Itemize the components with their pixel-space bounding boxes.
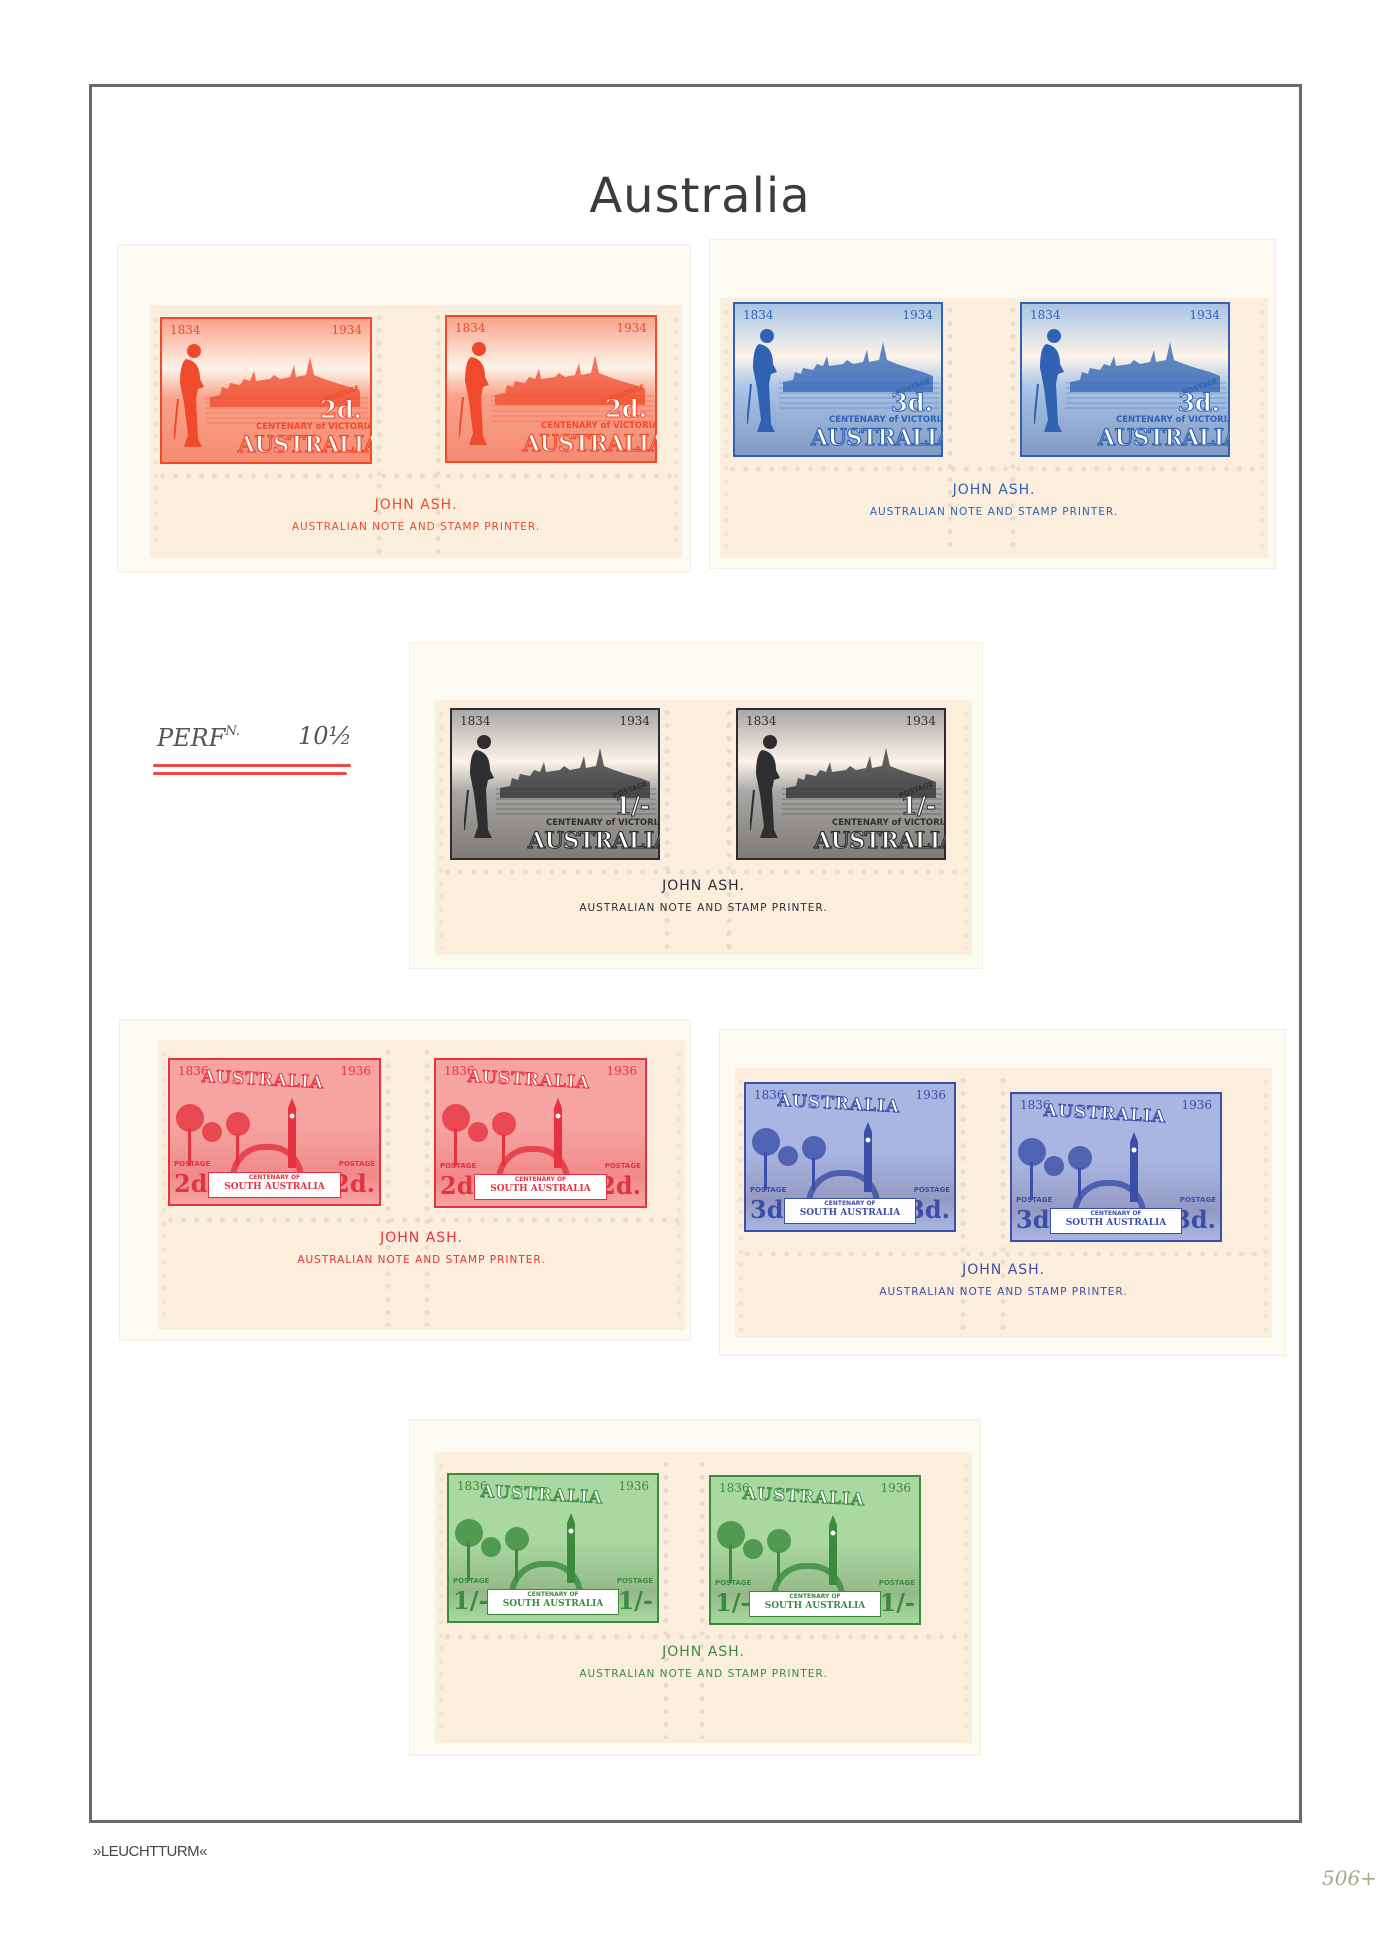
stamp-denomination: 3d. — [891, 388, 933, 417]
stamp-left[interactable]: 18341934POSTAGE1/-CENTENARY of VICTORIAA… — [450, 708, 660, 860]
footer-brand: »LEUCHTTURM« — [93, 1843, 207, 1860]
stamp-country-name: AUSTRALIA — [528, 828, 656, 854]
stamp-year-end: 1936 — [880, 1481, 911, 1495]
imprint-name: JOHN ASH. — [150, 497, 682, 513]
banner-bottom-text: SOUTH AUSTRALIA — [750, 1602, 880, 1611]
stamp-left[interactable]: 18361936AUSTRALIAPOSTAGEPOSTAGE1/-1/-CEN… — [447, 1473, 659, 1623]
imprint-description: AUSTRALIAN NOTE AND STAMP PRINTER. — [158, 1254, 685, 1266]
stamp-right[interactable]: 18341934POSTAGE1/-CENTENARY of VICTORIAA… — [736, 708, 946, 860]
perforation-edge — [435, 1447, 972, 1455]
stamp-denomination: 2d. — [605, 394, 647, 423]
stamp-country-name: AUSTRALIA — [814, 828, 942, 854]
stamp-year-end: 1934 — [905, 714, 936, 728]
gutter-perforations — [663, 706, 671, 951]
printer-imprint: JOHN ASH.AUSTRALIAN NOTE AND STAMP PRINT… — [735, 1262, 1272, 1298]
stamp-year-end: 1934 — [619, 714, 650, 728]
banner-top-text: CENTENARY OF — [1051, 1211, 1181, 1217]
aboriginal-figure-icon — [1034, 324, 1066, 434]
stamp-year-end: 1934 — [616, 321, 647, 335]
banner-top-text: CENTENARY OF — [475, 1177, 606, 1183]
handwritten-perf-note: PERFN. 10½ — [153, 722, 363, 782]
printer-imprint: JOHN ASH.AUSTRALIAN NOTE AND STAMP PRINT… — [158, 1230, 685, 1266]
stamp-year-start: 1834 — [1030, 308, 1061, 322]
printer-imprint: JOHN ASH.AUSTRALIAN NOTE AND STAMP PRINT… — [435, 878, 972, 914]
stamp-year-start: 1834 — [455, 321, 486, 335]
stamp-denomination: 3d. — [1178, 388, 1220, 417]
perf-note-value: 10½ — [298, 722, 352, 750]
stamp-country-name: AUSTRALIA — [238, 432, 368, 458]
stamp-year-start: 1834 — [743, 308, 774, 322]
banner-bottom-text: SOUTH AUSTRALIA — [1051, 1219, 1181, 1228]
pencil-page-number: 506+ — [1322, 1866, 1377, 1890]
banner-top-text: CENTENARY OF — [785, 1201, 915, 1207]
imprint-name: JOHN ASH. — [720, 482, 1268, 498]
printer-imprint: JOHN ASH.AUSTRALIAN NOTE AND STAMP PRINT… — [435, 1644, 972, 1680]
stamp-postage-label: POSTAGE — [174, 1160, 210, 1168]
stamp-banner: CENTENARY OFSOUTH AUSTRALIA — [487, 1589, 619, 1615]
stamp-denomination: 1/- — [880, 1588, 915, 1617]
edge-perforations — [962, 1460, 970, 1737]
stamp-year-end: 1936 — [606, 1064, 637, 1078]
banner-bottom-text: SOUTH AUSTRALIA — [209, 1183, 340, 1192]
imprint-description: AUSTRALIAN NOTE AND STAMP PRINTER. — [720, 506, 1268, 518]
stamp-year-end: 1936 — [340, 1064, 371, 1078]
stamp-right[interactable]: 18341934POSTAGE3d.CENTENARY of VICTORIAA… — [1020, 302, 1230, 457]
perforation-edge — [150, 300, 682, 308]
perforation-edge — [435, 695, 972, 703]
stamp-banner: CENTENARY OFSOUTH AUSTRALIA — [749, 1591, 881, 1617]
imprint-name: JOHN ASH. — [435, 878, 972, 894]
stamp-banner: CENTENARY OFSOUTH AUSTRALIA — [1050, 1208, 1182, 1234]
stamp-country-name: AUSTRALIA — [523, 431, 653, 457]
stamp-postage-label: POSTAGE — [440, 1162, 476, 1170]
stamp-postage-label: POSTAGE — [617, 1577, 653, 1585]
row-perforations — [726, 465, 1262, 473]
stamp-postage-label: POSTAGE — [339, 1160, 375, 1168]
stamp-year-start: 1834 — [170, 323, 201, 337]
aboriginal-figure-icon — [174, 339, 206, 449]
edge-perforations — [160, 1048, 168, 1324]
stamp-postage-label: POSTAGE — [605, 1162, 641, 1170]
gutter-perforations — [662, 1458, 670, 1739]
stamp-banner: CENTENARY OFSOUTH AUSTRALIA — [784, 1198, 916, 1224]
stamp-year-end: 1936 — [618, 1479, 649, 1493]
stamp-denomination: 1/- — [618, 1586, 653, 1615]
stamp-denomination: 1/- — [901, 791, 936, 820]
gutter-perforations — [698, 1458, 706, 1739]
stamp-year-end: 1934 — [902, 308, 933, 322]
stamp-year-end: 1934 — [1189, 308, 1220, 322]
stamp-postage-label: POSTAGE — [914, 1186, 950, 1194]
stamp-subtitle: CENTENARY of VICTORIA — [546, 818, 660, 828]
row-perforations — [441, 1633, 966, 1641]
red-underline — [153, 772, 347, 775]
stamp-postage-label: POSTAGE — [715, 1579, 751, 1587]
stamp-postage-label: POSTAGE — [879, 1579, 915, 1587]
imprint-description: AUSTRALIAN NOTE AND STAMP PRINTER. — [150, 521, 682, 533]
stamp-left[interactable]: 18341934POSTAGE2d.CENTENARY of VICTORIAA… — [160, 317, 372, 464]
stamp-denomination: 1/- — [615, 791, 650, 820]
banner-bottom-text: SOUTH AUSTRALIA — [785, 1209, 915, 1218]
imprint-description: AUSTRALIAN NOTE AND STAMP PRINTER. — [435, 1668, 972, 1680]
imprint-description: AUSTRALIAN NOTE AND STAMP PRINTER. — [735, 1286, 1272, 1298]
gutter-perforations — [423, 1046, 431, 1326]
aboriginal-figure-icon — [464, 730, 496, 840]
stamp-postage-label: POSTAGE — [1180, 1196, 1216, 1204]
stamp-year-end: 1936 — [1181, 1098, 1212, 1112]
stamp-right[interactable]: 18361936AUSTRALIAPOSTAGEPOSTAGE1/-1/-CEN… — [709, 1475, 921, 1625]
stamp-subtitle: CENTENARY of VICTORIA — [832, 818, 946, 828]
gutter-perforations — [384, 1046, 392, 1326]
stamp-right[interactable]: 18361936AUSTRALIAPOSTAGEPOSTAGE3d.3d.CEN… — [1010, 1092, 1222, 1242]
stamp-year-end: 1934 — [331, 323, 362, 337]
aboriginal-figure-icon — [747, 324, 779, 434]
stamp-postage-label: POSTAGE — [453, 1577, 489, 1585]
printer-imprint: JOHN ASH.AUSTRALIAN NOTE AND STAMP PRINT… — [150, 497, 682, 533]
edge-perforations — [437, 1460, 445, 1737]
stamp-country-name: AUSTRALIA — [811, 425, 939, 451]
banner-bottom-text: SOUTH AUSTRALIA — [475, 1185, 606, 1194]
red-underline — [153, 764, 351, 767]
stamp-subtitle: CENTENARY of VICTORIA — [541, 421, 657, 431]
stamp-country-name: AUSTRALIA — [1098, 425, 1226, 451]
perf-note-label: PERFN. — [157, 724, 240, 752]
stamp-subtitle: CENTENARY of VICTORIA — [256, 422, 372, 432]
stamp-denomination: 1/- — [715, 1588, 750, 1617]
stamp-banner: CENTENARY OFSOUTH AUSTRALIA — [208, 1172, 341, 1198]
row-perforations — [156, 472, 676, 480]
imprint-name: JOHN ASH. — [735, 1262, 1272, 1278]
stamp-left[interactable]: 18341934POSTAGE3d.CENTENARY of VICTORIAA… — [733, 302, 943, 457]
imprint-name: JOHN ASH. — [158, 1230, 685, 1246]
stamp-left[interactable]: 18361936AUSTRALIAPOSTAGEPOSTAGE3d.3d.CEN… — [744, 1082, 956, 1232]
stamp-banner: CENTENARY OFSOUTH AUSTRALIA — [474, 1174, 607, 1200]
banner-top-text: CENTENARY OF — [488, 1592, 618, 1598]
stamp-subtitle: CENTENARY of VICTORIA — [829, 415, 943, 425]
banner-bottom-text: SOUTH AUSTRALIA — [488, 1600, 618, 1609]
imprint-name: JOHN ASH. — [435, 1644, 972, 1660]
stamp-denomination: 1/- — [453, 1586, 488, 1615]
perforation-edge — [158, 1035, 685, 1043]
stamp-subtitle: CENTENARY of VICTORIA — [1116, 415, 1230, 425]
row-perforations — [441, 868, 966, 876]
imprint-description: AUSTRALIAN NOTE AND STAMP PRINTER. — [435, 902, 972, 914]
stamp-denomination: 2d. — [320, 395, 362, 424]
aboriginal-figure-icon — [459, 337, 491, 447]
page-title: Australia — [0, 168, 1400, 224]
stamp-right[interactable]: 18361936AUSTRALIAPOSTAGEPOSTAGE2d.2d.CEN… — [434, 1058, 647, 1208]
stamp-postage-label: POSTAGE — [750, 1186, 786, 1194]
stamp-year-start: 1834 — [746, 714, 777, 728]
gutter-perforations — [725, 706, 733, 951]
banner-top-text: CENTENARY OF — [209, 1175, 340, 1181]
edge-perforations — [675, 1048, 683, 1324]
row-perforations — [741, 1250, 1266, 1258]
banner-top-text: CENTENARY OF — [750, 1594, 880, 1600]
aboriginal-figure-icon — [750, 730, 782, 840]
stamp-year-end: 1936 — [915, 1088, 946, 1102]
stamp-left[interactable]: 18361936AUSTRALIAPOSTAGEPOSTAGE2d.2d.CEN… — [168, 1058, 381, 1206]
row-perforations — [164, 1216, 679, 1224]
perforation-edge — [720, 293, 1268, 301]
stamp-right[interactable]: 18341934POSTAGE2d.CENTENARY of VICTORIAA… — [445, 315, 657, 463]
perforation-edge — [735, 1063, 1272, 1071]
stamp-year-start: 1834 — [460, 714, 491, 728]
stamp-postage-label: POSTAGE — [1016, 1196, 1052, 1204]
printer-imprint: JOHN ASH.AUSTRALIAN NOTE AND STAMP PRINT… — [720, 482, 1268, 518]
